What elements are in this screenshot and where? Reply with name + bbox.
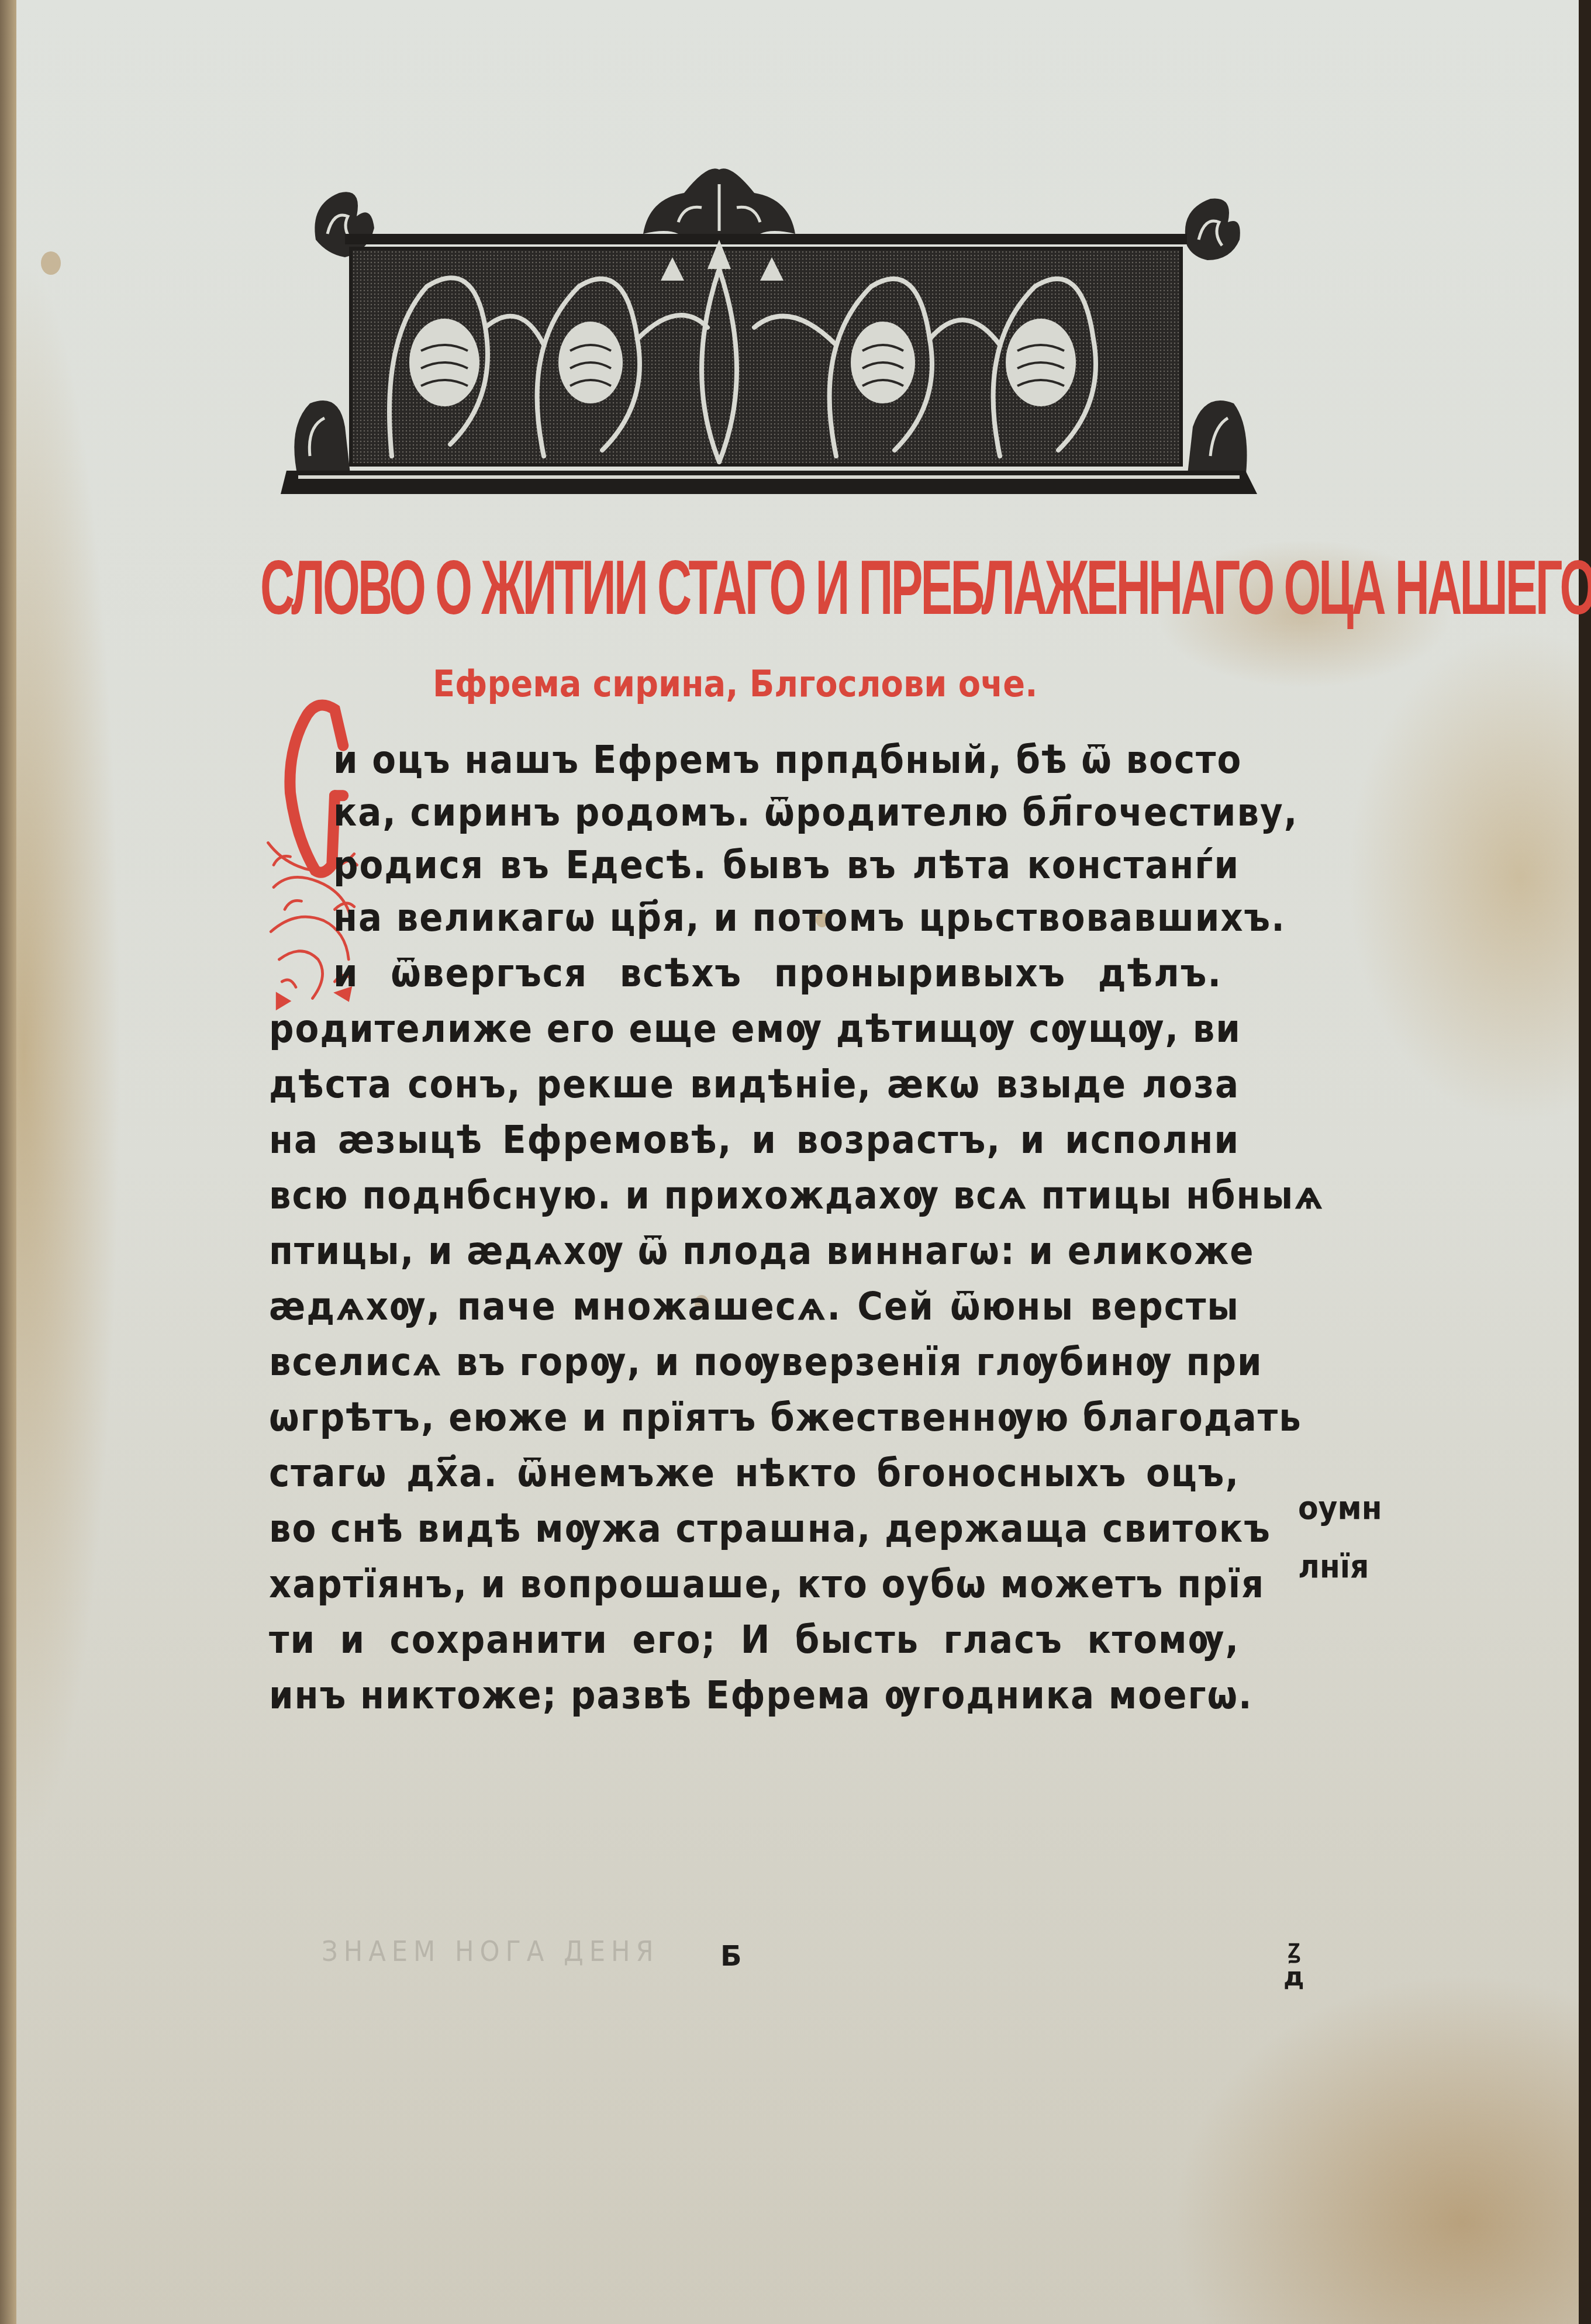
floral-woodcut-headpiece-icon [275,152,1257,497]
signature-mark-top: ꙁ [1283,1935,1304,1963]
text-line: всю поднбсную. и прихождахѹ всѧ птицы нб… [269,1169,1240,1222]
text-line: инъ никтоже; развѣ Ефрема ѹгодника моегѡ… [269,1669,1240,1722]
text-line: хартїянъ, и вопрошаше, кто оубѡ можетъ п… [269,1558,1240,1611]
page-title: СЛОВО О ЖИТИИ СТАГО И ПРЕБЛАЖЕННАГО ОЦА … [260,544,1246,631]
signature-mark: ꙁ д [1283,1935,1304,1991]
text-line: на ӕзыцѣ Ефремовѣ, и возрастъ, и исполни [269,1114,1240,1166]
folio-mark: Б [720,1940,742,1973]
text-line: родися въ Едесѣ. бывъ въ лѣта констанѓи [333,839,1240,892]
marginal-gloss-line: лнїя [1298,1538,1382,1596]
text-line: ти и сохранити его; И бысть гласъ ктомѹ, [269,1614,1240,1666]
text-line: ѡгрѣтъ, еюже и прїятъ бжественнѹю благод… [269,1391,1240,1444]
text-line: во снѣ видѣ мѹжа страшна, держаща свиток… [269,1503,1240,1555]
text-line: и оцъ нашъ Ефремъ прпдбный, бѣ ѿ восто [333,734,1240,786]
text-line: вселисѧ въ горѹ, и поѹверзенїя глѹбинѹ п… [269,1336,1240,1389]
page-subtitle: Ефрема сирина, Блгослови оче. [433,661,1037,707]
text-line: стагѡ дх҃а. ѿнемъже нѣкто бгоносныхъ оцъ… [269,1447,1240,1500]
stain-spot [41,251,61,275]
text-line: птицы, и ӕдѧхѹ ѿ плода виннагѡ: и еликож… [269,1225,1240,1277]
text-line: ка, сиринъ родомъ. ѿродителю бл҃гочестив… [333,786,1240,839]
text-line: и ѿвергъся всѣхъ проныривыхъ дѣлъ. [333,947,1222,1000]
text-line: ӕдѧхѹ, паче множашесѧ. Сей ѿюны версты [269,1280,1240,1333]
signature-mark-bottom: д [1283,1963,1304,1991]
marginal-gloss: оумн лнїя [1298,1479,1382,1596]
text-line: родителиже его еще емѹ дѣтищѹ сѹщѹ, ви [269,1003,1240,1055]
dark-background-edge [1579,0,1591,2324]
book-page: СЛОВО О ЖИТИИ СТАГО И ПРЕБЛАЖЕННАГО ОЦА … [0,0,1579,2324]
show-through-text: ЗНАЕМ НОГА ДЕНЯ [322,1935,982,1970]
marginal-gloss-line: оумн [1298,1479,1382,1538]
text-line: дѣста сонъ, рекше видѣніе, ӕкѡ взыде лоз… [269,1058,1240,1111]
text-line: на великагѡ цр҃я, и потомъ црьствовавших… [333,892,1240,944]
worn-left-edge [0,0,16,2324]
